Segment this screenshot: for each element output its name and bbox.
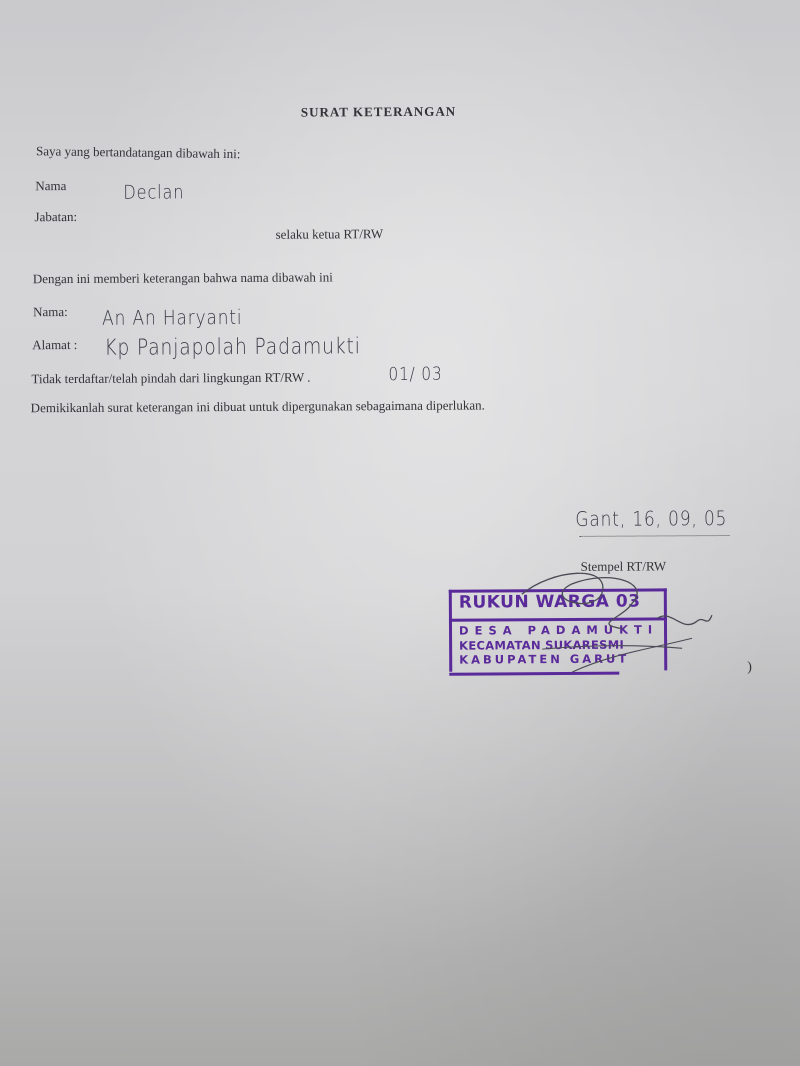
stamp-line-3: KECAMATAN SUKARESMI xyxy=(459,638,624,653)
signer-position-label: Jabatan: xyxy=(34,209,77,225)
subject-name-handwritten: An An Haryanti xyxy=(102,305,243,330)
document-title: SURAT KETERANGAN xyxy=(301,104,456,121)
rw-stamp: RUKUN WARGA 03 DESA PADAMUKTI KECAMATAN … xyxy=(449,588,668,679)
not-registered-text: Tidak terdaftar/telah pindah dari lingku… xyxy=(31,370,310,388)
stamp-line-4: KABUPATEN GARUT xyxy=(459,652,629,667)
rt-rw-handwritten: 01/ 03 xyxy=(388,364,442,385)
stamp-line-1: RUKUN WARGA 03 xyxy=(459,592,641,613)
closing-paren: ) xyxy=(747,660,752,676)
place-date-handwritten: Gant, 16, 09, 05 xyxy=(575,506,727,531)
stamp-label: Stempel RT/RW xyxy=(581,558,667,575)
statement-text: Dengan ini memberi keterangan bahwa nama… xyxy=(33,269,333,287)
subject-name-label: Nama: xyxy=(33,304,68,320)
intro-text: Saya yang bertandatangan dibawah ini: xyxy=(36,143,241,162)
stamp-line-2: DESA PADAMUKTI xyxy=(459,622,658,637)
subject-address-handwritten: Kp Panjapolah Padamukti xyxy=(104,334,361,361)
signer-name-label: Nama xyxy=(35,178,66,194)
signer-name-handwritten: Declan xyxy=(123,181,184,203)
closing-text: Demikikanlah surat keterangan ini dibuat… xyxy=(31,397,485,416)
date-dotted-line xyxy=(579,535,729,537)
role-text: selaku ketua RT/RW xyxy=(276,226,384,243)
letter-page: SURAT KETERANGAN Saya yang bertandatanga… xyxy=(0,0,800,1066)
subject-address-label: Alamat : xyxy=(32,337,77,353)
